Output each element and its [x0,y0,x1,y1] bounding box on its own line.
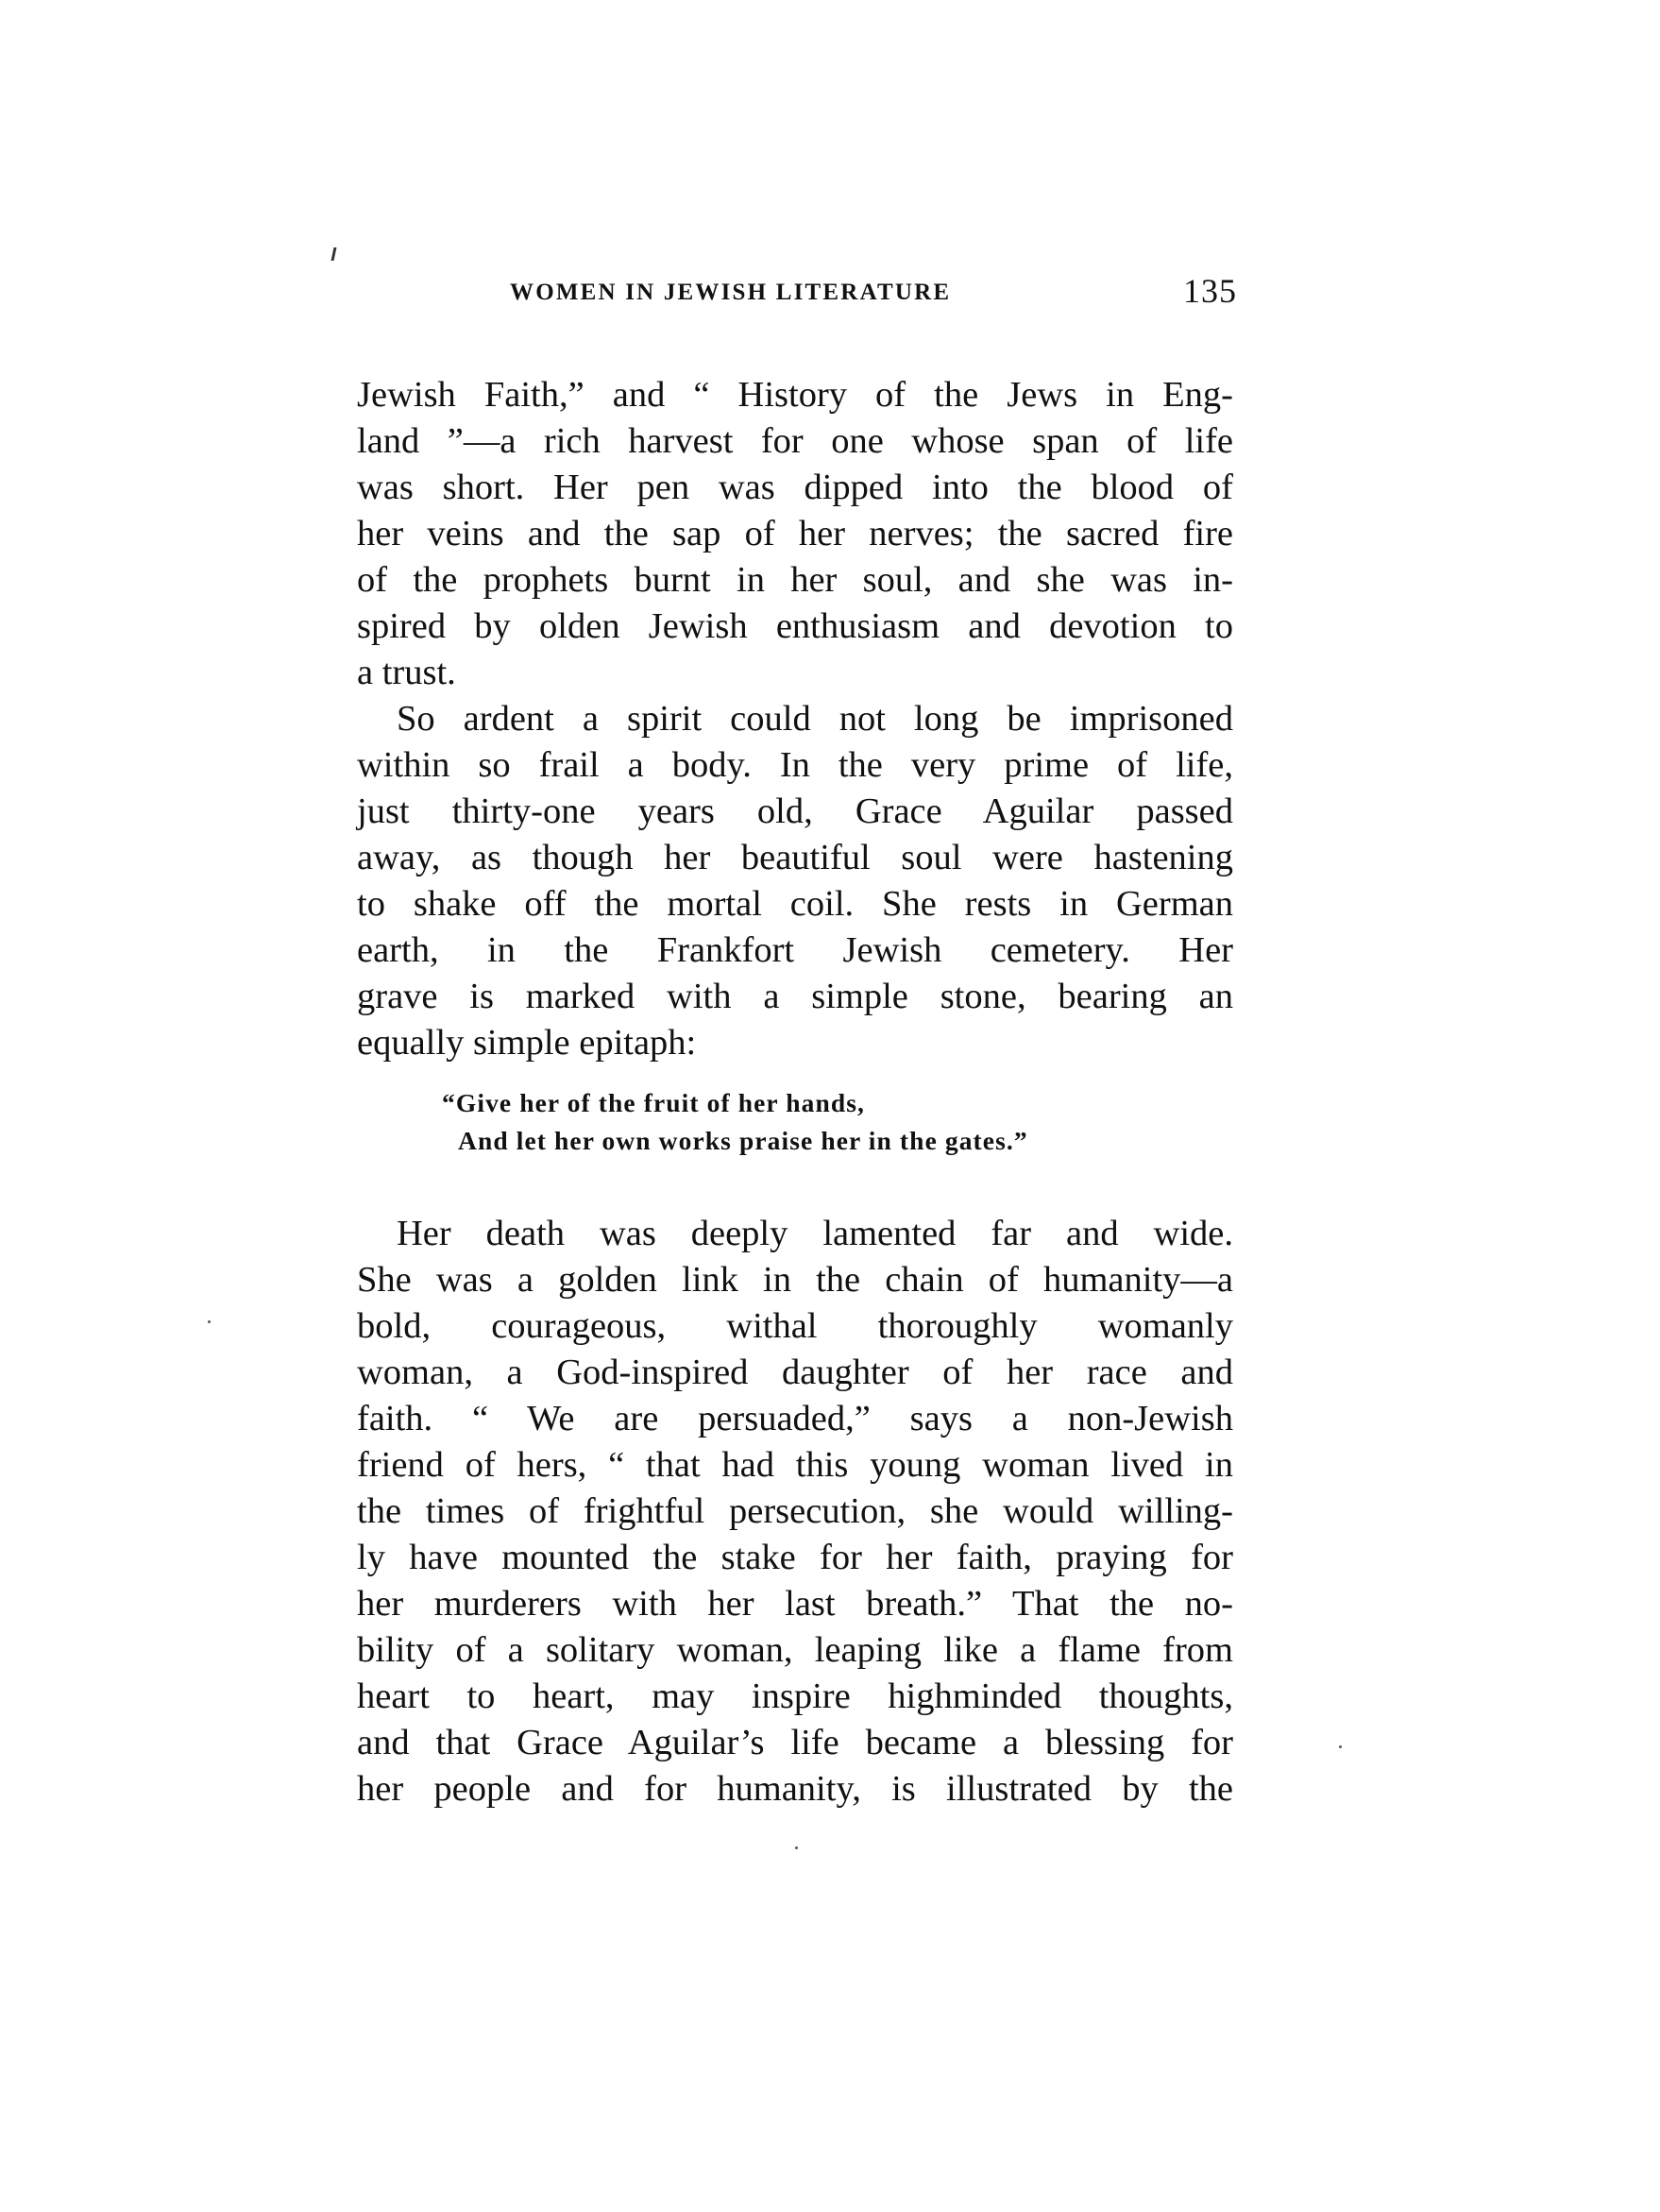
text-line: ly have mounted the stake for her faith,… [357,1535,1233,1581]
text-line: heart to heart, may inspire highminded t… [357,1674,1233,1720]
scan-speck [795,1846,798,1849]
text-line: and that Grace Aguilar’s life became a b… [357,1720,1233,1766]
epitaph-line-1: “Give her of the fruit of her hands, [442,1084,1028,1122]
text-line: was short. Her pen was dipped into the b… [357,465,1233,511]
text-line: her people and for humanity, is illustra… [357,1766,1233,1812]
paragraph-1: Jewish Faith,” and “ History of the Jews… [357,372,1233,696]
text-line: spired by olden Jewish enthusiasm and de… [357,604,1233,650]
book-page: WOMEN IN JEWISH LITERATURE 135 Jewish Fa… [0,0,1660,2212]
text-line: woman, a God-inspired daughter of her ra… [357,1350,1233,1396]
paragraph-3: Her death was deeply lamented far and wi… [357,1211,1233,1812]
text-line: grave is marked with a simple stone, bea… [357,974,1233,1020]
text-line: just thirty-one years old, Grace Aguilar… [357,789,1233,835]
epitaph-quote: “Give her of the fruit of her hands, And… [442,1084,1028,1160]
text-line: away, as though her beautiful soul were … [357,835,1233,881]
page-number: 135 [1183,270,1237,312]
text-line: land ”—a rich harvest for one whose span… [357,418,1233,465]
text-line: within so frail a body. In the very prim… [357,742,1233,789]
scan-speck [208,1320,211,1323]
running-head: WOMEN IN JEWISH LITERATURE 135 [510,274,1237,312]
scan-speck [1339,1745,1342,1748]
text-line: Jewish Faith,” and “ History of the Jews… [357,372,1233,418]
stray-ink-mark [331,247,337,261]
text-line: She was a golden link in the chain of hu… [357,1257,1233,1303]
text-line: to shake off the mortal coil. She rests … [357,881,1233,927]
text-line: bold, courageous, withal thoroughly woma… [357,1303,1233,1350]
running-title: WOMEN IN JEWISH LITERATURE [510,274,951,312]
text-line: earth, in the Frankfort Jewish cemetery.… [357,927,1233,974]
paragraph-2: So ardent a spirit could not long be imp… [357,696,1233,1066]
text-line: her murderers with her last breath.” Tha… [357,1581,1233,1627]
epitaph-line-2: And let her own works praise her in the … [442,1122,1028,1160]
text-line: friend of hers, “ that had this young wo… [357,1442,1233,1489]
text-line: Her death was deeply lamented far and wi… [357,1211,1233,1257]
text-line: her veins and the sap of her nerves; the… [357,511,1233,557]
text-line: the times of frightful persecution, she … [357,1489,1233,1535]
text-line: faith. “ We are persuaded,” says a non-J… [357,1396,1233,1442]
text-line: bility of a solitary woman, leaping like… [357,1627,1233,1674]
text-line: a trust. [357,650,1233,696]
text-line: So ardent a spirit could not long be imp… [357,696,1233,742]
text-line: equally simple epitaph: [357,1020,1233,1066]
text-line: of the prophets burnt in her soul, and s… [357,557,1233,604]
